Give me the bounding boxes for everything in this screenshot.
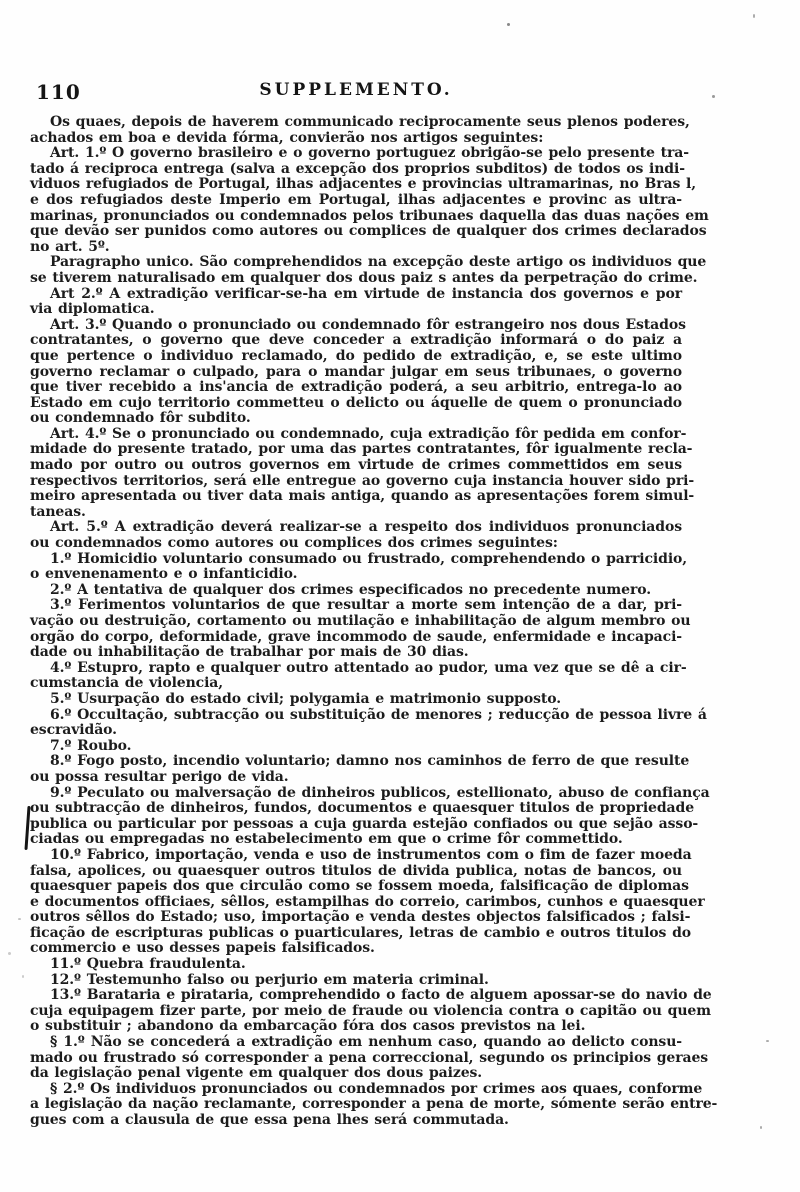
ink-speck bbox=[753, 14, 755, 18]
ink-speck bbox=[766, 1040, 769, 1042]
text-line: § 1.º Não se concederá a extradição em n… bbox=[30, 1035, 682, 1051]
text-line: Estado em cujo territorio commetteu o de… bbox=[30, 396, 682, 412]
text-line: 8.º Fogo posto, incendio voluntario; dam… bbox=[30, 754, 682, 770]
ink-speck bbox=[22, 975, 24, 978]
text-line: no art. 5º. bbox=[30, 240, 682, 256]
text-line: Art. 3.º Quando o pronunciado ou condemn… bbox=[30, 318, 682, 334]
text-line: 13.º Barataria e pirataria, comprehendid… bbox=[30, 988, 682, 1004]
text-line: respectivos territorios, será elle entre… bbox=[30, 474, 682, 490]
text-line: 10.º Fabrico, importação, venda e uso de… bbox=[30, 848, 682, 864]
text-block: Os quaes, depois de haverem communicado … bbox=[30, 115, 682, 1129]
text-line: orgão do corpo, deformidade, grave incom… bbox=[30, 630, 682, 646]
text-line: 12.º Testemunho falso ou perjurio em mat… bbox=[30, 973, 682, 989]
text-line: ciadas ou empregadas no estabelecimento … bbox=[30, 832, 682, 848]
text-line: e dos refugiados deste Imperio em Portug… bbox=[30, 193, 682, 209]
text-line: 3.º Ferimentos voluntarios de que result… bbox=[30, 598, 682, 614]
ink-speck bbox=[712, 95, 715, 98]
text-line: gues com a clausula de que essa pena lhe… bbox=[30, 1113, 682, 1129]
text-line: 6.º Occultação, subtracção ou substituiç… bbox=[30, 708, 682, 724]
text-line: outros sêllos do Estado; uso, importação… bbox=[30, 910, 682, 926]
text-line: escravidão. bbox=[30, 723, 682, 739]
text-line: falsa, apolices, ou quaesquer outros tit… bbox=[30, 864, 682, 880]
ink-speck bbox=[507, 23, 510, 26]
text-line: viduos refugiados de Portugal, ilhas adj… bbox=[30, 177, 682, 193]
text-line: publica ou particular por pessoas a cuja… bbox=[30, 817, 682, 833]
text-line: achados em boa e devida fórma, convierão… bbox=[30, 131, 682, 147]
text-line: o envenenamento e o infanticidio. bbox=[30, 567, 682, 583]
text-line: que tiver recebido a ins'ancia de extrad… bbox=[30, 380, 682, 396]
text-line: Art 2.º A extradição verificar-se-ha em … bbox=[30, 287, 682, 303]
text-line: que devão ser punidos como autores ou co… bbox=[30, 224, 682, 240]
text-line: ou subtracção de dinheiros, fundos, docu… bbox=[30, 801, 682, 817]
ink-speck bbox=[18, 918, 21, 920]
text-line: quaesquer papeis dos que circulão como s… bbox=[30, 879, 682, 895]
text-line: que pertence o individuo reclamado, do p… bbox=[30, 349, 682, 365]
text-line: mado ou frustrado só corresponder a pena… bbox=[30, 1051, 682, 1067]
text-line: ou possa resultar perigo de vida. bbox=[30, 770, 682, 786]
ink-speck bbox=[8, 952, 11, 955]
document-page: 110 SUPPLEMENTO. Os quaes, depois de hav… bbox=[0, 0, 800, 1192]
text-line: meiro apresentada ou tiver data mais ant… bbox=[30, 489, 682, 505]
text-line: Paragrapho unico. São comprehendidos na … bbox=[30, 255, 682, 271]
text-line: via diplomatica. bbox=[30, 302, 682, 318]
text-line: 5.º Usurpação do estado civil; polygamia… bbox=[30, 692, 682, 708]
text-line: Os quaes, depois de haverem communicado … bbox=[30, 115, 682, 131]
text-line: mado por outro ou outros governos em vir… bbox=[30, 458, 682, 474]
text-line: ou condemnados como autores ou complices… bbox=[30, 536, 682, 552]
text-line: commercio e uso desses papeis falsificad… bbox=[30, 941, 682, 957]
text-line: 11.º Quebra fraudulenta. bbox=[30, 957, 682, 973]
text-line: a legislação da nação reclamante, corres… bbox=[30, 1097, 682, 1113]
text-line: contratantes, o governo que deve concede… bbox=[30, 333, 682, 349]
text-line: dade ou inhabilitação de trabalhar por m… bbox=[30, 645, 682, 661]
text-line: ficação de escripturas publicas o puarti… bbox=[30, 926, 682, 942]
text-line: da legislação penal vigente em qualquer … bbox=[30, 1066, 682, 1082]
text-line: se tiverem naturalisado em qualquer dos … bbox=[30, 271, 682, 287]
text-line: vação ou destruição, cortamento ou mutil… bbox=[30, 614, 682, 630]
text-line: tado á reciproca entrega (salva a excepç… bbox=[30, 162, 682, 178]
text-line: Art. 5.º A extradição deverá realizar-se… bbox=[30, 520, 682, 536]
text-line: marinas, pronunciados ou condemnados pel… bbox=[30, 209, 682, 225]
text-line: 9.º Peculato ou malversação de dinheiros… bbox=[30, 786, 682, 802]
text-line: governo reclamar o culpado, para o manda… bbox=[30, 365, 682, 381]
text-line: 4.º Estupro, rapto e qualquer outro atte… bbox=[30, 661, 682, 677]
text-line: o substituir ; abandono da embarcação fó… bbox=[30, 1019, 682, 1035]
text-line: Art. 1.º O governo brasileiro e o govern… bbox=[30, 146, 682, 162]
text-line: cumstancia de violencia, bbox=[30, 676, 682, 692]
ink-speck bbox=[760, 1126, 762, 1129]
text-line: 7.º Roubo. bbox=[30, 739, 682, 755]
text-line: e documentos officiaes, sêllos, estampil… bbox=[30, 895, 682, 911]
page-title: SUPPLEMENTO. bbox=[30, 80, 682, 100]
text-line: 1.º Homicidio voluntario consumado ou fr… bbox=[30, 552, 682, 568]
text-line: Art. 4.º Se o pronunciado ou condemnado,… bbox=[30, 427, 682, 443]
text-line: ou condemnado fôr subdito. bbox=[30, 411, 682, 427]
text-line: midade do presente tratado, por uma das … bbox=[30, 442, 682, 458]
